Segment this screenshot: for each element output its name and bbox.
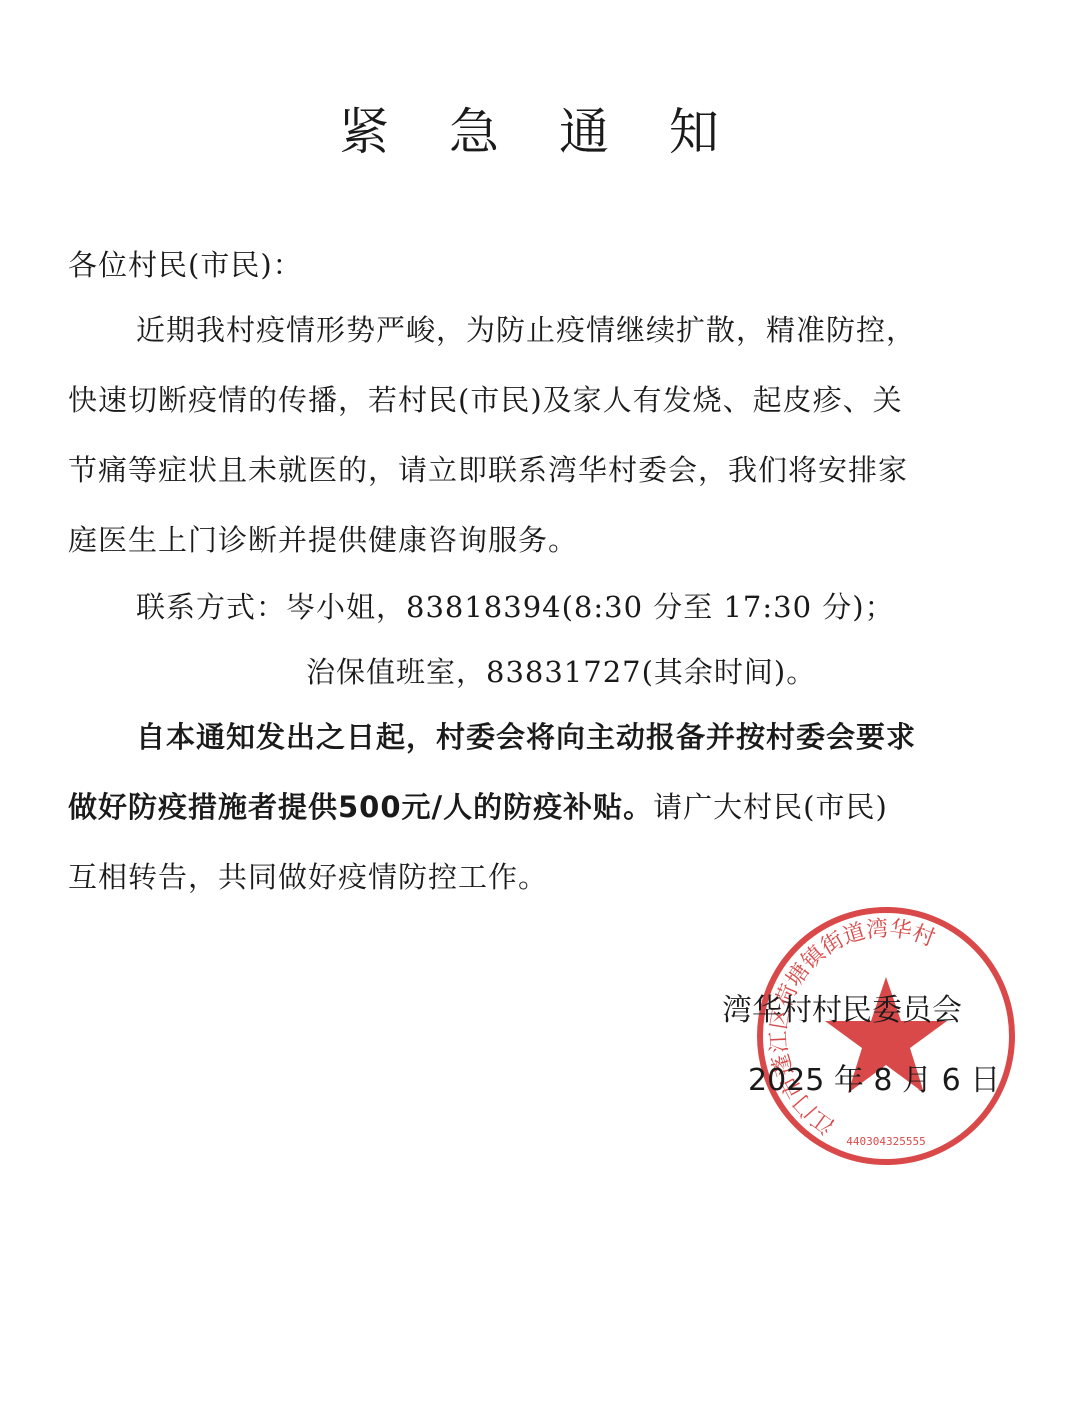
paragraph-2-line-1: 自本通知发出之日起，村委会将向主动报备并按村委会要求	[136, 715, 916, 756]
paragraph-1-line-2: 快速切断疫情的传播，若村民(市民)及家人有发烧、起皮疹、关	[68, 378, 903, 419]
paragraph-1-line-1: 近期我村疫情形势严峻，为防止疫情继续扩散，精准防控，	[136, 308, 916, 349]
paragraph-1-line-4: 庭医生上门诊断并提供健康咨询服务。	[68, 518, 578, 559]
paragraph-1-line-3: 节痛等症状且未就医的，请立即联系湾华村委会，我们将安排家	[68, 448, 908, 489]
stamp-code: 440304325555	[846, 1135, 925, 1148]
forward-request: 请广大村民(市民)	[653, 790, 888, 824]
contact-line-1: 联系方式：岑小姐，83818394(8:30 分至 17:30 分)；	[136, 585, 895, 626]
salutation: 各位村民(市民)：	[68, 243, 303, 284]
contact-line-2: 治保值班室，83831727(其余时间)。	[306, 650, 816, 691]
official-seal-stamp: 江门市蓬江区荷塘镇街道湾华村村民委员会 440304325555	[755, 905, 1017, 1167]
paragraph-2-line-3: 互相转告，共同做好疫情防控工作。	[68, 855, 548, 896]
document-title: 紧 急 通 知	[0, 92, 1080, 164]
paragraph-2-line-2: 做好防疫措施者提供500元/人的防疫补贴。请广大村民(市民)	[68, 785, 888, 826]
signature-organization: 湾华村村民委员会	[722, 985, 962, 1029]
signature-date: 2025 年 8 月 6 日	[748, 1055, 1000, 1099]
subsidy-sentence: 做好防疫措施者提供500元/人的防疫补贴。	[68, 790, 653, 824]
